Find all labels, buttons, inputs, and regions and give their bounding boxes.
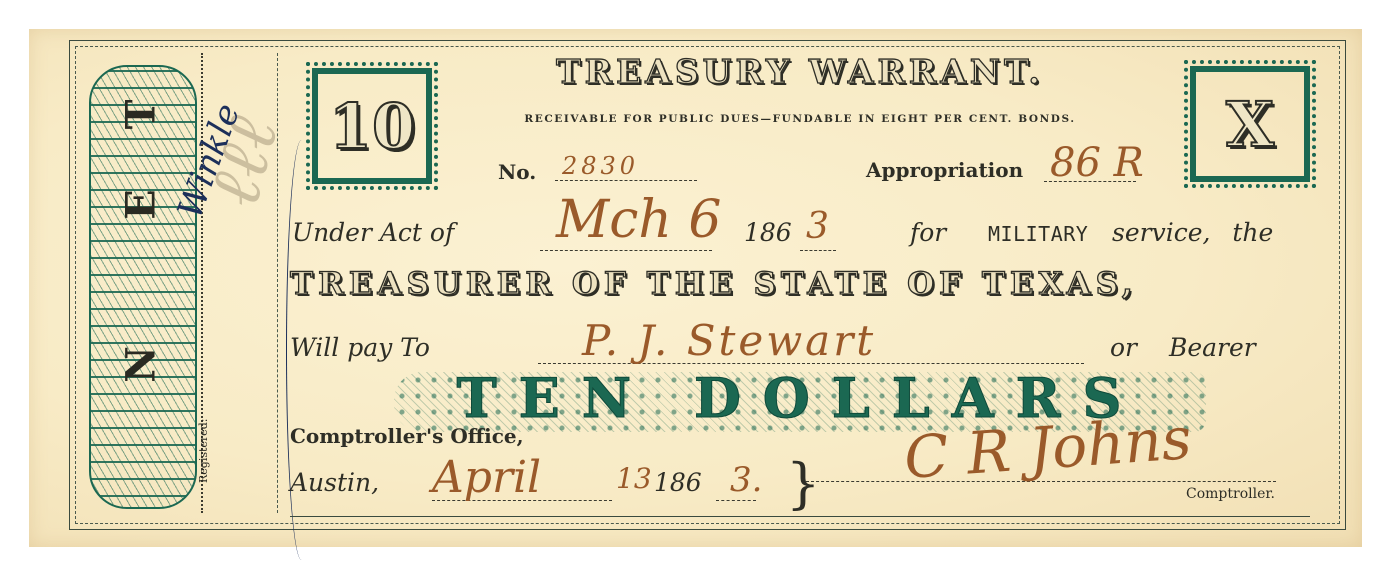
comptroller-label: Comptroller.	[1186, 486, 1275, 502]
city-label: Austin,	[290, 468, 379, 497]
service-type: MILITARY	[988, 222, 1088, 246]
pay-to-label: Will pay To	[290, 333, 430, 362]
service-suffix: service, the	[1112, 218, 1273, 247]
act-year-line	[800, 250, 836, 251]
appropriation-label: Appropriation	[866, 158, 1023, 182]
document-subtitle: RECEIVABLE FOR PUBLIC DUES—FUNDABLE IN E…	[480, 113, 1120, 125]
number-field-line	[555, 180, 697, 181]
registered-label: Registered:	[197, 419, 210, 483]
denomination-roman: X	[1190, 66, 1310, 182]
stub-letter: E	[118, 181, 165, 229]
denomination-roman-box: X	[1180, 56, 1320, 192]
issue-month: April	[432, 452, 541, 503]
issue-day: 13	[616, 462, 652, 495]
act-prefix: Under Act of	[292, 218, 454, 247]
issue-year-suffix: 3.	[730, 460, 762, 500]
denomination-numeral: 10	[312, 68, 432, 184]
office-label: Comptroller's Office,	[290, 424, 524, 448]
number-label: No.	[498, 160, 536, 184]
stub-letter: T	[118, 91, 165, 139]
denomination-numeral-box: 10	[302, 58, 442, 194]
for-label: for	[910, 218, 946, 247]
stub-divider	[277, 53, 278, 513]
document-title: TREASURY WARRANT.	[480, 52, 1120, 91]
brace-glyph: }	[786, 452, 820, 515]
warrant-number: 2830	[562, 152, 639, 180]
act-date-line	[540, 250, 712, 251]
issue-year-prefix: 186	[654, 468, 702, 497]
payer-name: TREASURER OF THE STATE OF TEXAS,	[290, 266, 1310, 302]
payee-name: P. J. Stewart	[582, 316, 876, 365]
act-year-suffix: 3	[806, 206, 829, 247]
act-date: Mch 6	[556, 190, 721, 250]
appropriation-value: 86 R	[1050, 140, 1144, 186]
or-bearer-label: or Bearer	[1110, 333, 1256, 362]
stub-letter: N	[118, 341, 165, 389]
act-year-prefix: 186	[744, 218, 792, 247]
bottom-rule	[290, 516, 1310, 517]
issue-year-line	[716, 500, 756, 501]
